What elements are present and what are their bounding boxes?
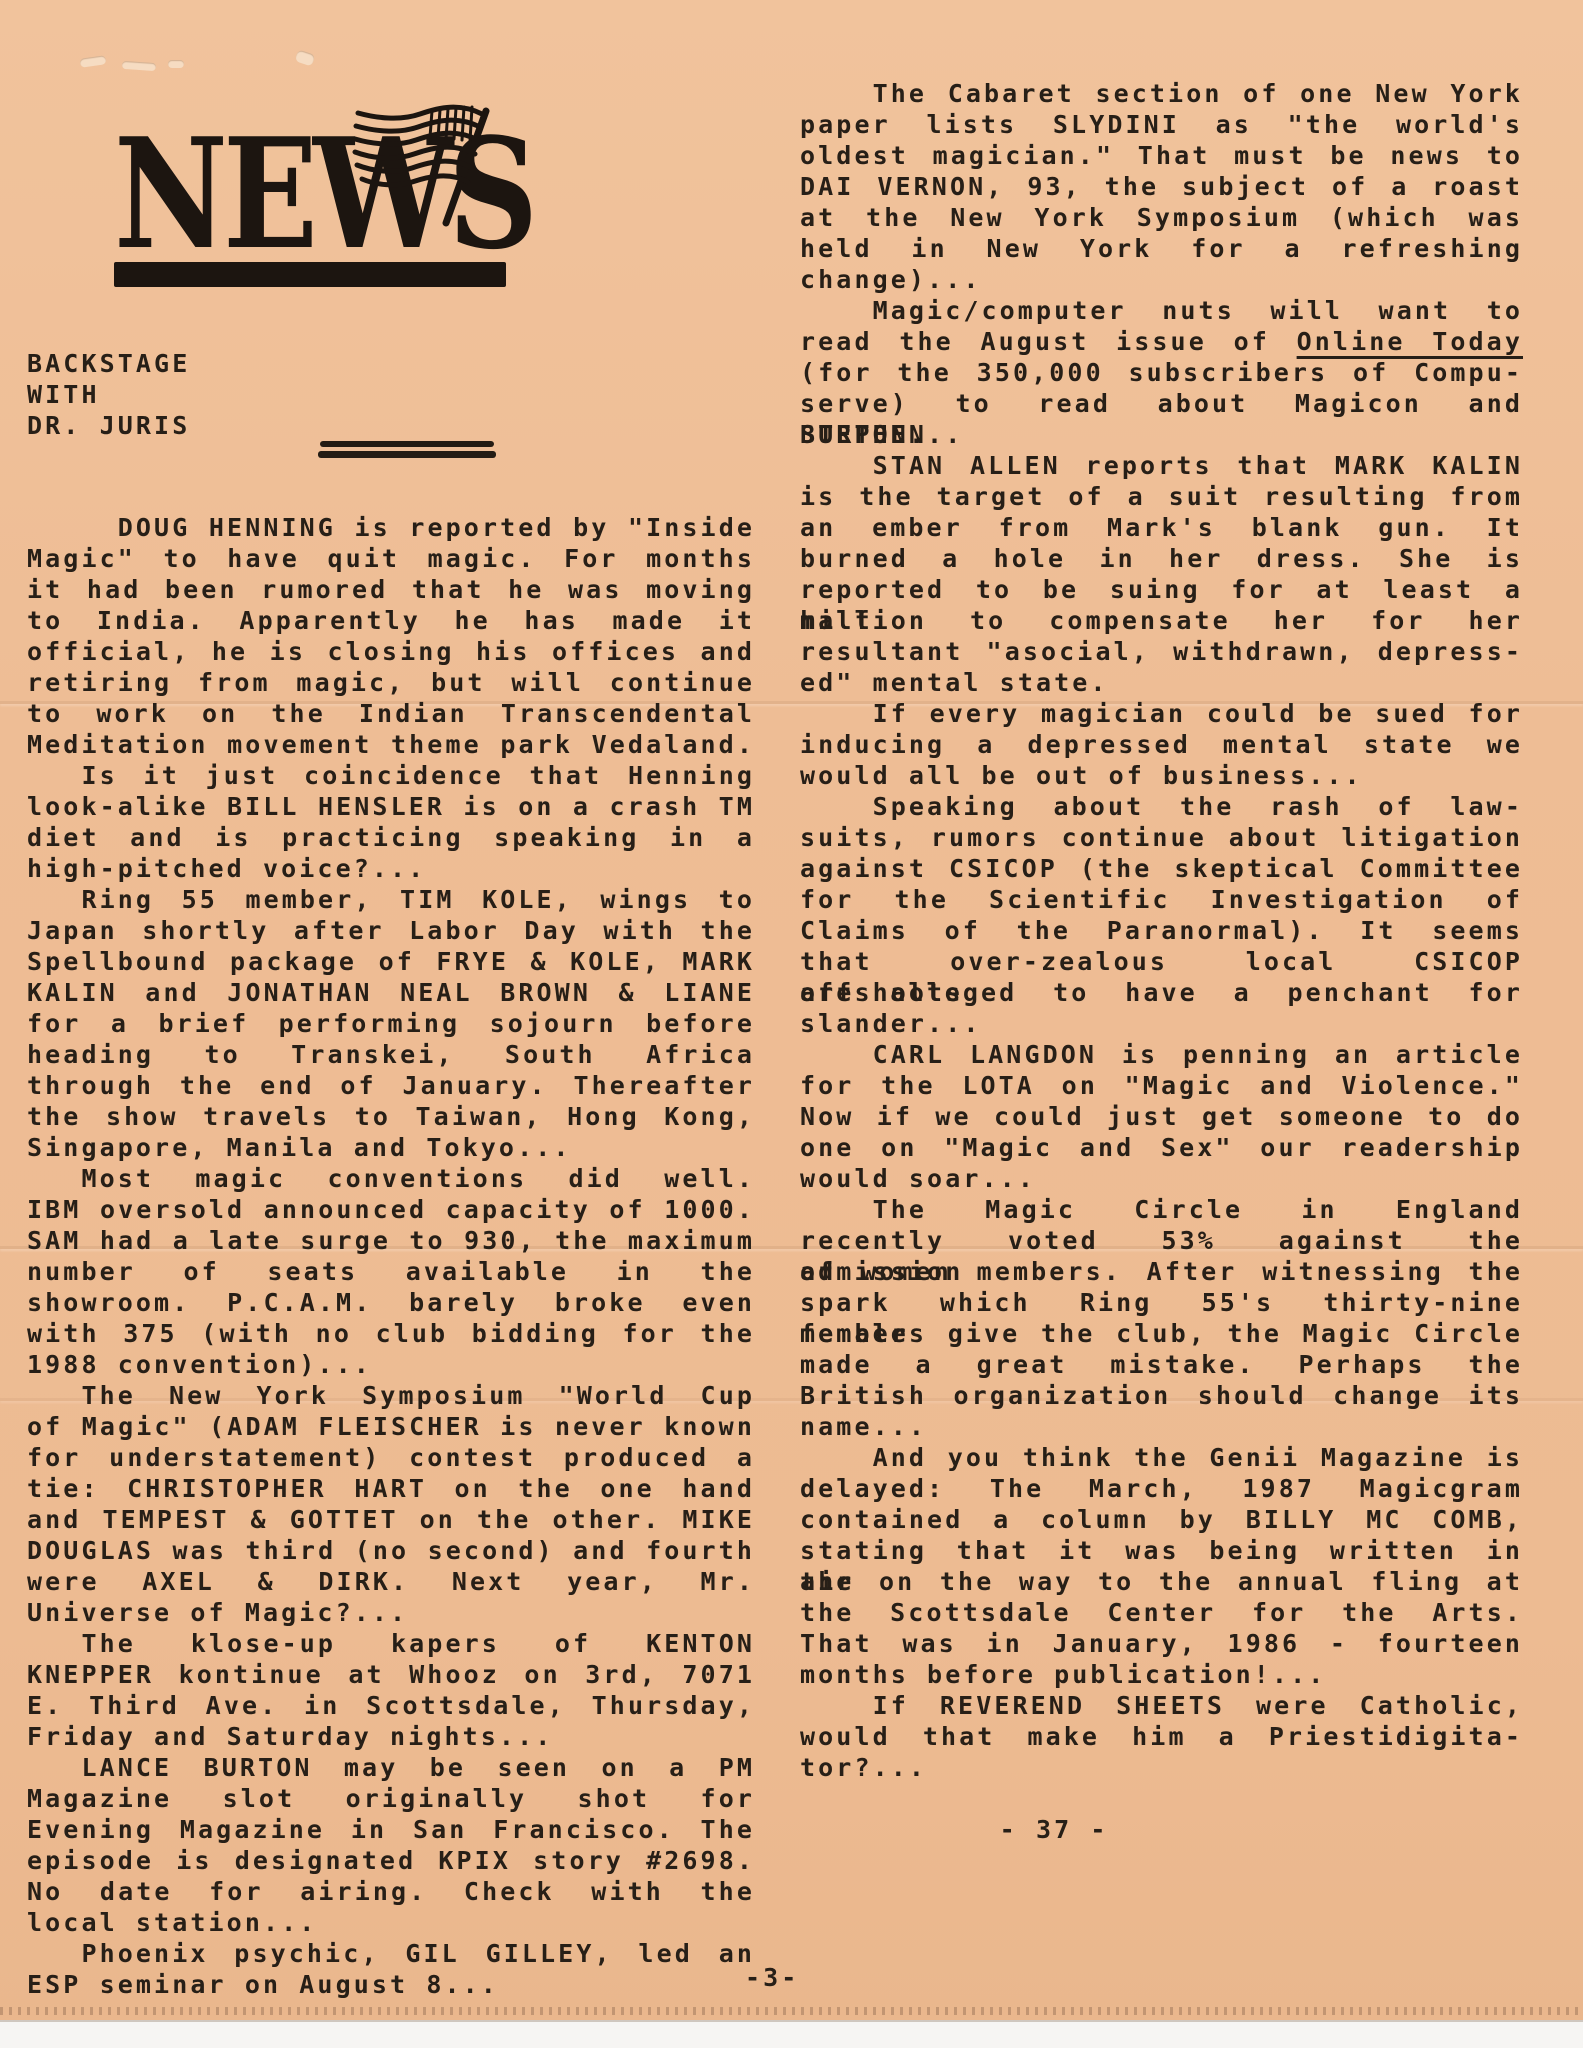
paper-mark: [295, 50, 316, 67]
text-line: episode is designated KPIX story #2698.: [27, 1845, 755, 1876]
text-line: members give the club, the Magic Circle: [800, 1318, 1523, 1349]
text-line: to India. Apparently he has made it: [27, 605, 755, 636]
heading-underline-top: [320, 441, 494, 447]
text-line: Spellbound package of FRYE & KOLE, MARK: [27, 946, 755, 977]
text-line: E. Third Ave. in Scottsdale, Thursday,: [27, 1690, 755, 1721]
text-line: made a great mistake. Perhaps the: [800, 1349, 1523, 1380]
text-line: Most magic conventions did well.: [27, 1163, 755, 1194]
text-line: SAM had a late surge to 930, the maximum: [27, 1225, 755, 1256]
text-line: CARL LANGDON is penning an article: [800, 1039, 1523, 1070]
text-line: would all be out of business...: [800, 760, 1523, 791]
newsletter-scan: NEWS BACKSTAGE: [0, 0, 1583, 2048]
right-column: The Cabaret section of one New Yorkpaper…: [800, 78, 1523, 1845]
text-line: Claims of the Paranormal). It seems: [800, 915, 1523, 946]
text-line: DOUGLAS was third (no second) and fourth: [27, 1535, 755, 1566]
left-column: DOUG HENNING is reported by "InsideMagic…: [27, 512, 755, 2000]
text-line: the show travels to Taiwan, Hong Kong,: [27, 1101, 755, 1132]
text-line: KNEPPER kontinue at Whooz on 3rd, 7071: [27, 1659, 755, 1690]
text-line: ed" mental state.: [800, 667, 1523, 698]
text-segment: read the August issue of: [800, 327, 1297, 356]
text-line: ESP seminar on August 8...: [27, 1969, 755, 2000]
text-line: showroom. P.C.A.M. barely broke even: [27, 1287, 755, 1318]
text-line: 1988 convention)...: [27, 1349, 755, 1380]
sheet-page-number: -3-: [745, 1963, 799, 1992]
text-line: local station...: [27, 1907, 755, 1938]
text-line: IBM oversold announced capacity of 1000.: [27, 1194, 755, 1225]
text-line: look-alike BILL HENSLER is on a crash TM: [27, 791, 755, 822]
text-line: tie: CHRISTOPHER HART on the one hand: [27, 1473, 755, 1504]
text-line: The Cabaret section of one New York: [800, 78, 1523, 109]
logo-base-bar: [114, 262, 506, 287]
text-line: The New York Symposium "World Cup: [27, 1380, 755, 1411]
text-line: with 375 (with no club bidding for the: [27, 1318, 755, 1349]
text-line: Phoenix psychic, GIL GILLEY, led an: [27, 1938, 755, 1969]
text-line: stating that it was being written in the: [800, 1535, 1523, 1566]
paper-bottom-edge: [0, 2007, 1583, 2015]
text-line: STAN ALLEN reports that MARK KALIN: [800, 450, 1523, 481]
text-line: delayed: The March, 1987 Magicgram: [800, 1473, 1523, 1504]
text-line: at the New York Symposium (which was: [800, 202, 1523, 233]
text-line: contained a column by BILLY MC COMB,: [800, 1504, 1523, 1535]
text-line: Japan shortly after Labor Day with the: [27, 915, 755, 946]
text-line: slander...: [800, 1008, 1523, 1039]
text-line: recently voted 53% against the admission: [800, 1225, 1523, 1256]
paper-mark: [122, 61, 156, 71]
text-line: paper lists SLYDINI as "the world's: [800, 109, 1523, 140]
text-line: through the end of January. Thereafter: [27, 1070, 755, 1101]
text-line: name...: [800, 1411, 1523, 1442]
text-line: spark which Ring 55's thirty-nine female: [800, 1287, 1523, 1318]
text-line: [800, 1783, 1523, 1814]
text-line: for a brief performing sojourn before: [27, 1008, 755, 1039]
text-line: months before publication!...: [800, 1659, 1523, 1690]
text-line: DAI VERNON, 93, the subject of a roast: [800, 171, 1523, 202]
text-line: Singapore, Manila and Tokyo...: [27, 1132, 755, 1163]
text-line: number of seats available in the: [27, 1256, 755, 1287]
text-line: The Magic Circle in England: [800, 1194, 1523, 1225]
text-line: DOUG HENNING is reported by "Inside: [27, 512, 755, 543]
text-line: Magic" to have quit magic. For months: [27, 543, 755, 574]
text-line: oldest magician." That must be news to: [800, 140, 1523, 171]
text-line: resultant "asocial, withdrawn, depress-: [800, 636, 1523, 667]
text-line: Now if we could just get someone to do: [800, 1101, 1523, 1132]
text-line: it had been rumored that he was moving: [27, 574, 755, 605]
text-line: would soar...: [800, 1163, 1523, 1194]
text-line: read the August issue of Online Today: [800, 326, 1523, 357]
text-line: BURTON...: [800, 419, 1523, 450]
text-line: The klose-up kapers of KENTON: [27, 1628, 755, 1659]
underlined-text: Online Today: [1297, 327, 1523, 356]
text-line: tor?...: [800, 1752, 1523, 1783]
text-line: That was in January, 1986 - fourteen: [800, 1628, 1523, 1659]
text-line: Universe of Magic?...: [27, 1597, 755, 1628]
text-line: Is it just coincidence that Henning: [27, 760, 755, 791]
text-line: Ring 55 member, TIM KOLE, wings to: [27, 884, 755, 915]
heading-line: BACKSTAGE: [27, 348, 783, 379]
text-line: is the target of a suit resulting from: [800, 481, 1523, 512]
text-line: retiring from magic, but will continue: [27, 667, 755, 698]
text-line: suits, rumors continue about litigation: [800, 822, 1523, 853]
text-line: for the Scientific Investigation of: [800, 884, 1523, 915]
text-line: would that make him a Priestidigita-: [800, 1721, 1523, 1752]
scanner-background: [0, 2020, 1583, 2048]
news-masthead-logo: NEWS: [108, 96, 528, 306]
text-line: KALIN and JONATHAN NEAL BROWN & LIANE: [27, 977, 755, 1008]
text-line: inducing a depressed mental state we: [800, 729, 1523, 760]
text-line: of women members. After witnessing the: [800, 1256, 1523, 1287]
text-line: held in New York for a refreshing: [800, 233, 1523, 264]
text-line: Magic/computer nuts will want to: [800, 295, 1523, 326]
text-line: change)...: [800, 264, 1523, 295]
heading-underline-bottom: [318, 451, 496, 458]
text-line: serve) to read about Magicon and STEPHEN: [800, 388, 1523, 419]
text-line: million to compensate her for her: [800, 605, 1523, 636]
text-line: burned a hole in her dress. She is: [800, 543, 1523, 574]
text-line: heading to Transkei, South Africa: [27, 1039, 755, 1070]
newsletter-page: NEWS BACKSTAGE: [0, 0, 1583, 2020]
text-line: were AXEL & DIRK. Next year, Mr.: [27, 1566, 755, 1597]
paper-mark: [80, 55, 107, 68]
text-line: Speaking about the rash of law-: [800, 791, 1523, 822]
text-line: high-pitched voice?...: [27, 853, 755, 884]
text-line: that over-zealous local CSICOP offshoots: [800, 946, 1523, 977]
text-line: for understatement) contest produced a: [27, 1442, 755, 1473]
heading-line: DR. JURIS: [27, 410, 783, 441]
text-line: No date for airing. Check with the: [27, 1876, 755, 1907]
column-heading: BACKSTAGE WITH DR. JURIS: [27, 348, 783, 441]
us-flag-icon: [348, 101, 510, 229]
text-line: reported to be suing for at least a half: [800, 574, 1523, 605]
text-line: Evening Magazine in San Francisco. The: [27, 1814, 755, 1845]
text-line: Friday and Saturday nights...: [27, 1721, 755, 1752]
text-line: are alleged to have a penchant for: [800, 977, 1523, 1008]
text-line: of Magic" (ADAM FLEISCHER is never known: [27, 1411, 755, 1442]
text-line: official, he is closing his offices and: [27, 636, 755, 667]
text-line: air on the way to the annual fling at: [800, 1566, 1523, 1597]
text-line: (for the 350,000 subscribers of Compu-: [800, 357, 1523, 388]
text-line: British organization should change its: [800, 1380, 1523, 1411]
text-line: one on "Magic and Sex" our readership: [800, 1132, 1523, 1163]
text-line: for the LOTA on "Magic and Violence.": [800, 1070, 1523, 1101]
text-line: And you think the Genii Magazine is: [800, 1442, 1523, 1473]
text-line: If REVEREND SHEETS were Catholic,: [800, 1690, 1523, 1721]
text-line: the Scottsdale Center for the Arts.: [800, 1597, 1523, 1628]
text-line: Magazine slot originally shot for: [27, 1783, 755, 1814]
text-line: to work on the Indian Transcendental: [27, 698, 755, 729]
text-line: LANCE BURTON may be seen on a PM: [27, 1752, 755, 1783]
text-line: diet and is practicing speaking in a: [27, 822, 755, 853]
text-line: an ember from Mark's blank gun. It: [800, 512, 1523, 543]
text-line: - 37 -: [800, 1814, 1523, 1845]
heading-line: WITH: [27, 379, 783, 410]
paper-mark: [168, 60, 184, 68]
text-line: and TEMPEST & GOTTET on the other. MIKE: [27, 1504, 755, 1535]
text-line: against CSICOP (the skeptical Committee: [800, 853, 1523, 884]
text-line: Meditation movement theme park Vedaland.: [27, 729, 755, 760]
text-line: If every magician could be sued for: [800, 698, 1523, 729]
